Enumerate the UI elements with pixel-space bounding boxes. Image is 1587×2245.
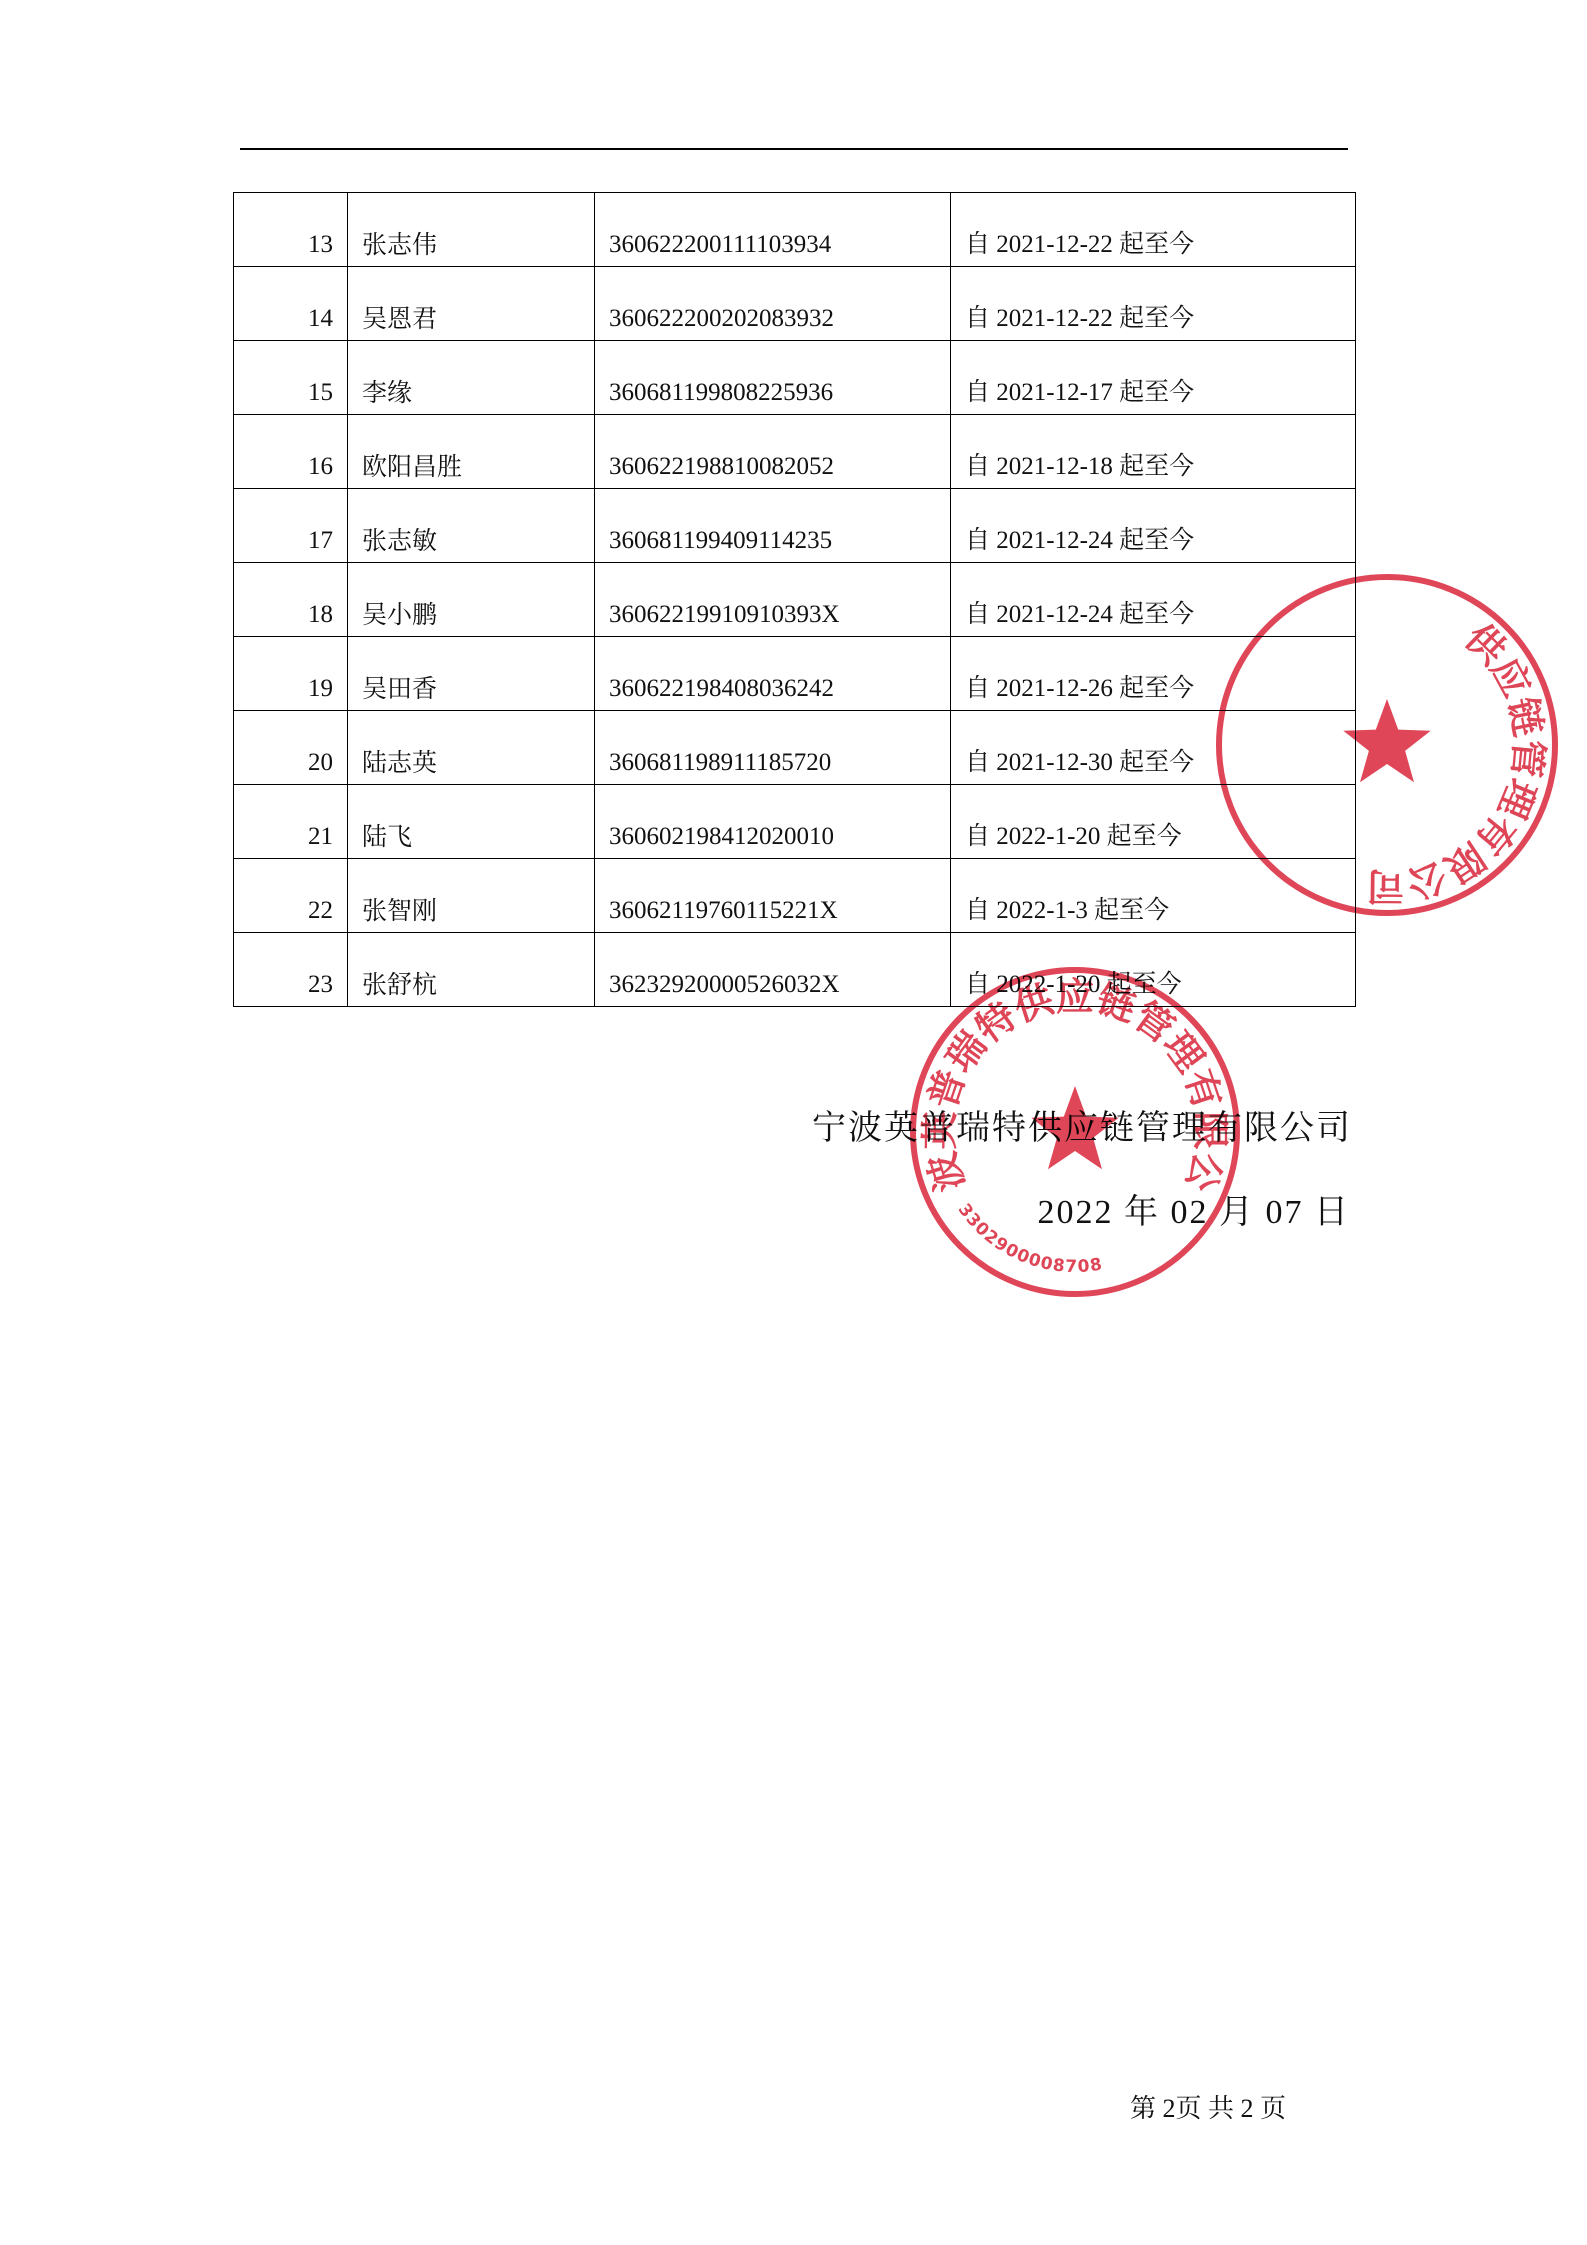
row-number: 22 (234, 859, 348, 933)
employee-name: 吴田香 (348, 637, 595, 711)
header-rule (240, 148, 1348, 150)
employee-name: 张志敏 (348, 489, 595, 563)
employee-table-body: 13张志伟360622200111103934自 2021-12-22 起至今1… (234, 193, 1356, 1007)
employee-name: 吴恩君 (348, 267, 595, 341)
id-number: 360681198911185720 (595, 711, 951, 785)
id-number: 360681199409114235 (595, 489, 951, 563)
employment-period: 自 2021-12-24 起至今 (951, 563, 1356, 637)
id-number: 360622198408036242 (595, 637, 951, 711)
employee-name: 陆飞 (348, 785, 595, 859)
table-row: 14吴恩君360622200202083932自 2021-12-22 起至今 (234, 267, 1356, 341)
company-name: 宁波英普瑞特供应链管理有限公司 (812, 1100, 1352, 1149)
table-row: 16欧阳昌胜360622198810082052自 2021-12-18 起至今 (234, 415, 1356, 489)
row-number: 19 (234, 637, 348, 711)
id-number: 360622198810082052 (595, 415, 951, 489)
employee-name: 欧阳昌胜 (348, 415, 595, 489)
id-number: 360622200111103934 (595, 193, 951, 267)
row-number: 20 (234, 711, 348, 785)
employee-name: 张舒杭 (348, 933, 595, 1007)
employment-period: 自 2022-1-20 起至今 (951, 933, 1356, 1007)
id-number: 360602198412020010 (595, 785, 951, 859)
id-number: 360622200202083932 (595, 267, 951, 341)
table-row: 22张智刚36062119760115221X自 2022-1-3 起至今 (234, 859, 1356, 933)
table-row: 23张舒杭36232920000526032X自 2022-1-20 起至今 (234, 933, 1356, 1007)
employment-period: 自 2022-1-20 起至今 (951, 785, 1356, 859)
table-row: 20陆志英360681198911185720自 2021-12-30 起至今 (234, 711, 1356, 785)
employment-period: 自 2021-12-17 起至今 (951, 341, 1356, 415)
id-number: 360681199808225936 (595, 341, 951, 415)
employment-period: 自 2021-12-30 起至今 (951, 711, 1356, 785)
svg-text:供应链管理有限公司: 供应链管理有限公司 (1366, 615, 1551, 908)
employee-name: 陆志英 (348, 711, 595, 785)
table-row: 18吴小鹏36062219910910393X自 2021-12-24 起至今 (234, 563, 1356, 637)
table-row: 21陆飞360602198412020010自 2022-1-20 起至今 (234, 785, 1356, 859)
row-number: 18 (234, 563, 348, 637)
row-number: 23 (234, 933, 348, 1007)
employee-table: 13张志伟360622200111103934自 2021-12-22 起至今1… (233, 192, 1356, 1007)
page-number: 第 2页 共 2 页 (1130, 2088, 1286, 2125)
table-row: 17张志敏360681199409114235自 2021-12-24 起至今 (234, 489, 1356, 563)
row-number: 14 (234, 267, 348, 341)
employment-period: 自 2021-12-22 起至今 (951, 267, 1356, 341)
employment-period: 自 2021-12-26 起至今 (951, 637, 1356, 711)
row-number: 15 (234, 341, 348, 415)
employment-period: 自 2021-12-24 起至今 (951, 489, 1356, 563)
table-row: 19吴田香360622198408036242自 2021-12-26 起至今 (234, 637, 1356, 711)
signature-date: 2022 年 02 月 07 日 (1038, 1184, 1351, 1233)
employee-name: 张志伟 (348, 193, 595, 267)
id-number: 36062219910910393X (595, 563, 951, 637)
employee-name: 吴小鹏 (348, 563, 595, 637)
row-number: 16 (234, 415, 348, 489)
employment-period: 自 2022-1-3 起至今 (951, 859, 1356, 933)
row-number: 13 (234, 193, 348, 267)
row-number: 21 (234, 785, 348, 859)
id-number: 36062119760115221X (595, 859, 951, 933)
table-row: 13张志伟360622200111103934自 2021-12-22 起至今 (234, 193, 1356, 267)
employee-name: 张智刚 (348, 859, 595, 933)
id-number: 36232920000526032X (595, 933, 951, 1007)
employment-period: 自 2021-12-22 起至今 (951, 193, 1356, 267)
table-row: 15李缘360681199808225936自 2021-12-17 起至今 (234, 341, 1356, 415)
row-number: 17 (234, 489, 348, 563)
employment-period: 自 2021-12-18 起至今 (951, 415, 1356, 489)
employee-name: 李缘 (348, 341, 595, 415)
